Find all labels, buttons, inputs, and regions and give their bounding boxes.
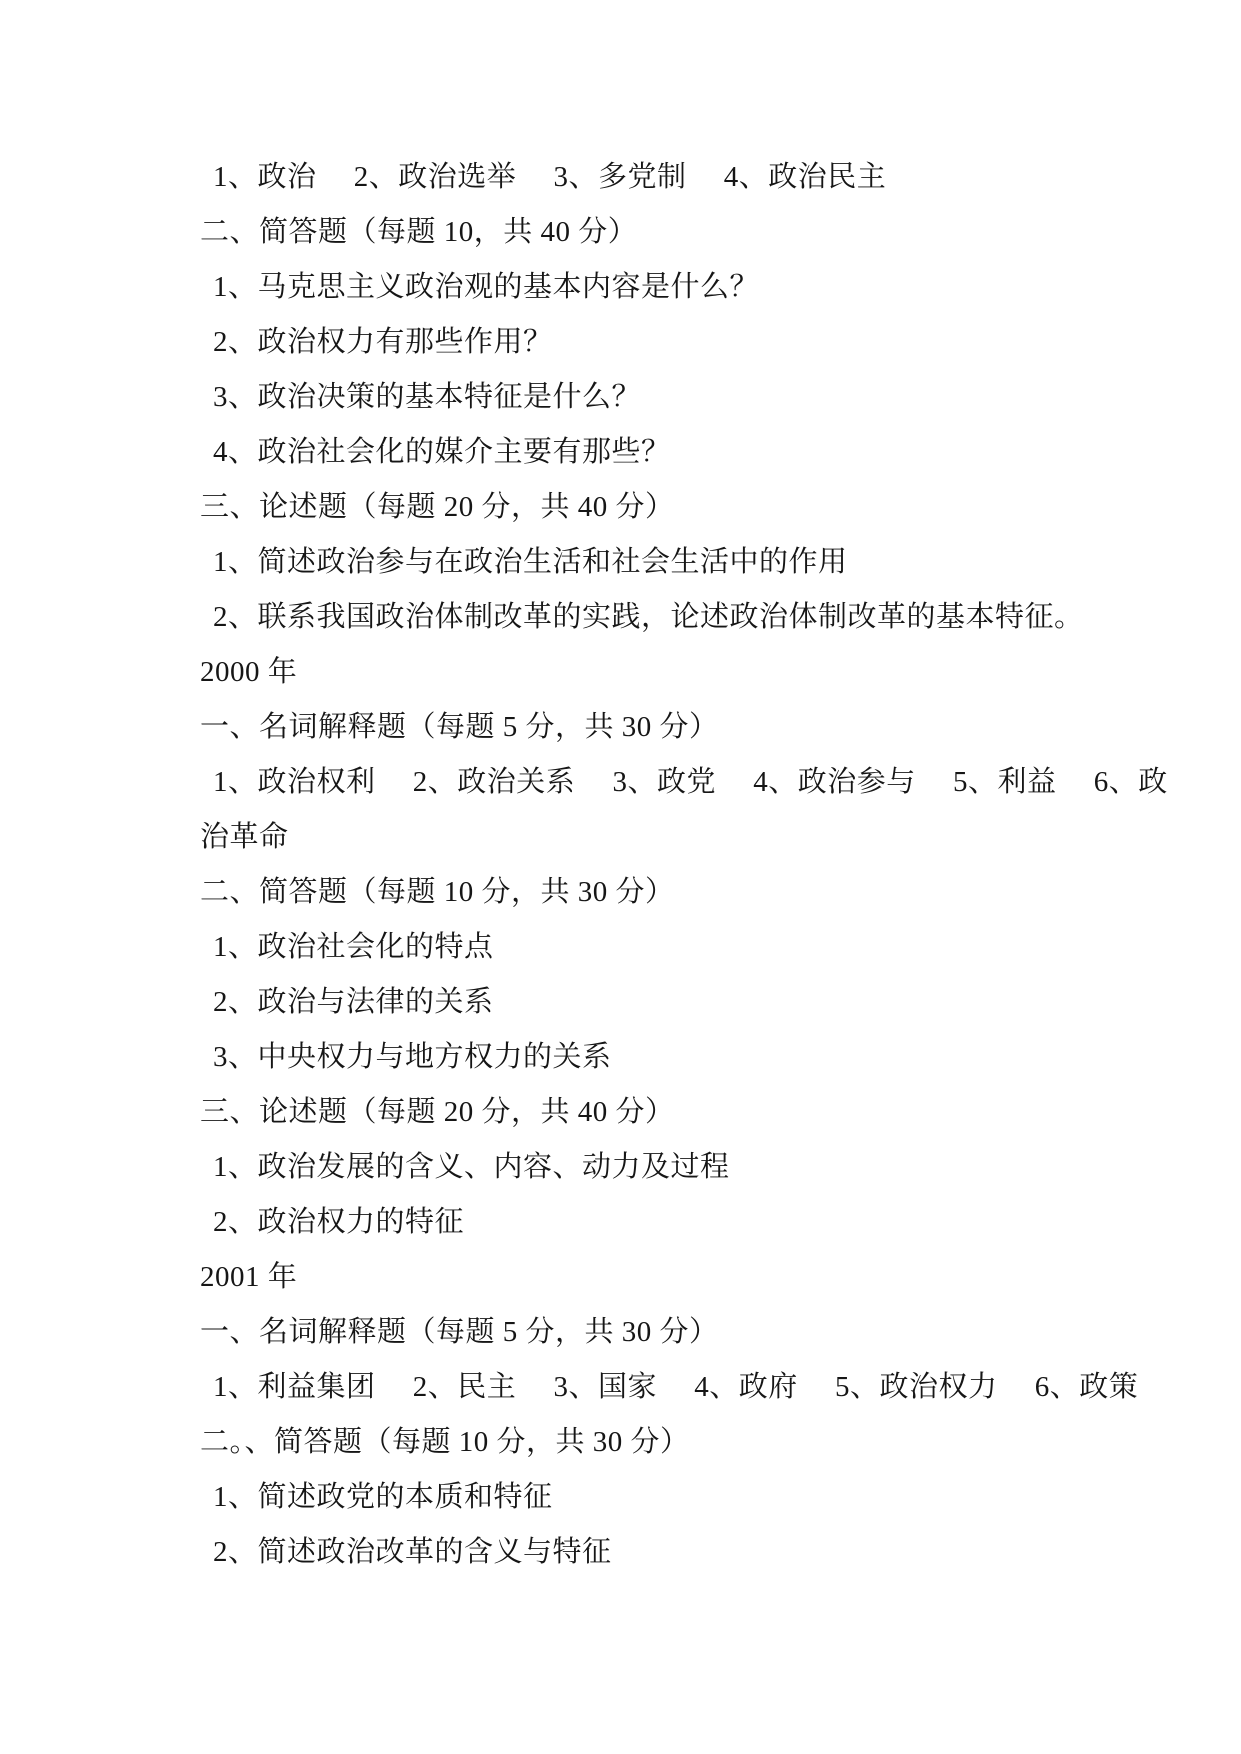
text-line: 三、论述题（每题 20 分，共 40 分） — [0, 480, 1241, 535]
text-line: 2、联系我国政治体制改革的实践，论述政治体制改革的基本特征。 — [0, 590, 1241, 645]
text-line: 一、名词解释题（每题 5 分，共 30 分） — [0, 700, 1241, 755]
text-line: 3、政治决策的基本特征是什么？ — [0, 370, 1241, 425]
year-heading: 2000 年 — [0, 645, 1241, 700]
text-line: 一、名词解释题（每题 5 分，共 30 分） — [0, 1305, 1241, 1360]
text-line: 1、简述政党的本质和特征 — [0, 1470, 1241, 1525]
text-line: 2、政治与法律的关系 — [0, 975, 1241, 1030]
text-line: 1、简述政治参与在政治生活和社会生活中的作用 — [0, 535, 1241, 590]
document-body: 1、政治 2、政治选举 3、多党制 4、政治民主 二、简答题（每题 10，共 4… — [0, 150, 1241, 1580]
text-line: 1、政治 2、政治选举 3、多党制 4、政治民主 — [0, 150, 1241, 205]
text-line: 三、论述题（每题 20 分，共 40 分） — [0, 1085, 1241, 1140]
text-line: 二、简答题（每题 10 分，共 30 分） — [0, 865, 1241, 920]
year-heading: 2001 年 — [0, 1250, 1241, 1305]
text-line: 1、政治发展的含义、内容、动力及过程 — [0, 1140, 1241, 1195]
document-page: 1、政治 2、政治选举 3、多党制 4、政治民主 二、简答题（每题 10，共 4… — [0, 0, 1241, 1754]
text-line: 3、中央权力与地方权力的关系 — [0, 1030, 1241, 1085]
text-line: 2、简述政治改革的含义与特征 — [0, 1525, 1241, 1580]
text-line: 1、政治社会化的特点 — [0, 920, 1241, 975]
text-line: 1、马克思主义政治观的基本内容是什么？ — [0, 260, 1241, 315]
text-line: 二。、简答题（每题 10 分，共 30 分） — [0, 1415, 1241, 1470]
text-line: 2、政治权力有那些作用？ — [0, 315, 1241, 370]
text-line: 治革命 — [0, 810, 1241, 865]
text-line: 4、政治社会化的媒介主要有那些？ — [0, 425, 1241, 480]
text-line: 2、政治权力的特征 — [0, 1195, 1241, 1250]
text-line: 二、简答题（每题 10，共 40 分） — [0, 205, 1241, 260]
text-line: 1、政治权利 2、政治关系 3、政党 4、政治参与 5、利益 6、政 — [0, 755, 1241, 810]
text-line: 1、利益集团 2、民主 3、国家 4、政府 5、政治权力 6、政策 — [0, 1360, 1241, 1415]
